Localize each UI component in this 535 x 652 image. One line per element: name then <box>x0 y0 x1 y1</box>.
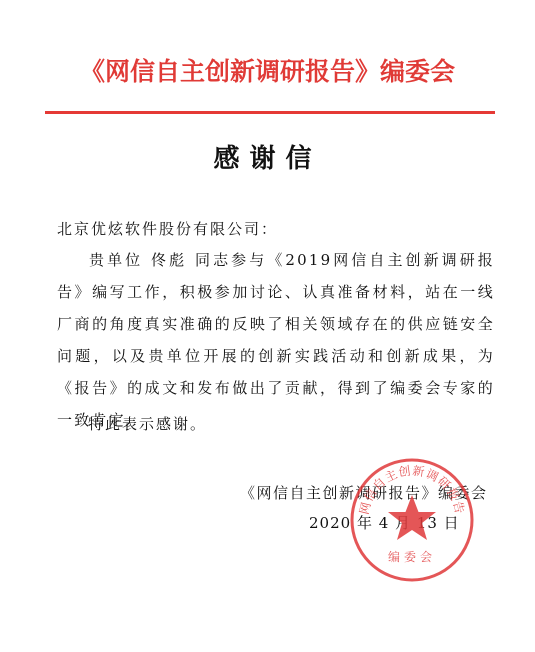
addressee: 北京优炫软件股份有限公司： <box>57 218 278 239</box>
closing-line: 特此表示感谢。 <box>88 413 207 434</box>
star-icon <box>388 495 436 540</box>
official-seal: 网信自主创新调研报告 编委会 <box>349 457 475 583</box>
letterhead-title: 《网信自主创新调研报告》编委会 <box>0 52 535 88</box>
seal-bottom-text: 编委会 <box>388 549 436 564</box>
letterhead-divider <box>45 111 495 114</box>
letter-body: 贵单位 佟彪 同志参与《2019网信自主创新调研报告》编写工作，积极参加讨论、认… <box>57 244 495 436</box>
document-title: 感谢信 <box>0 138 535 175</box>
